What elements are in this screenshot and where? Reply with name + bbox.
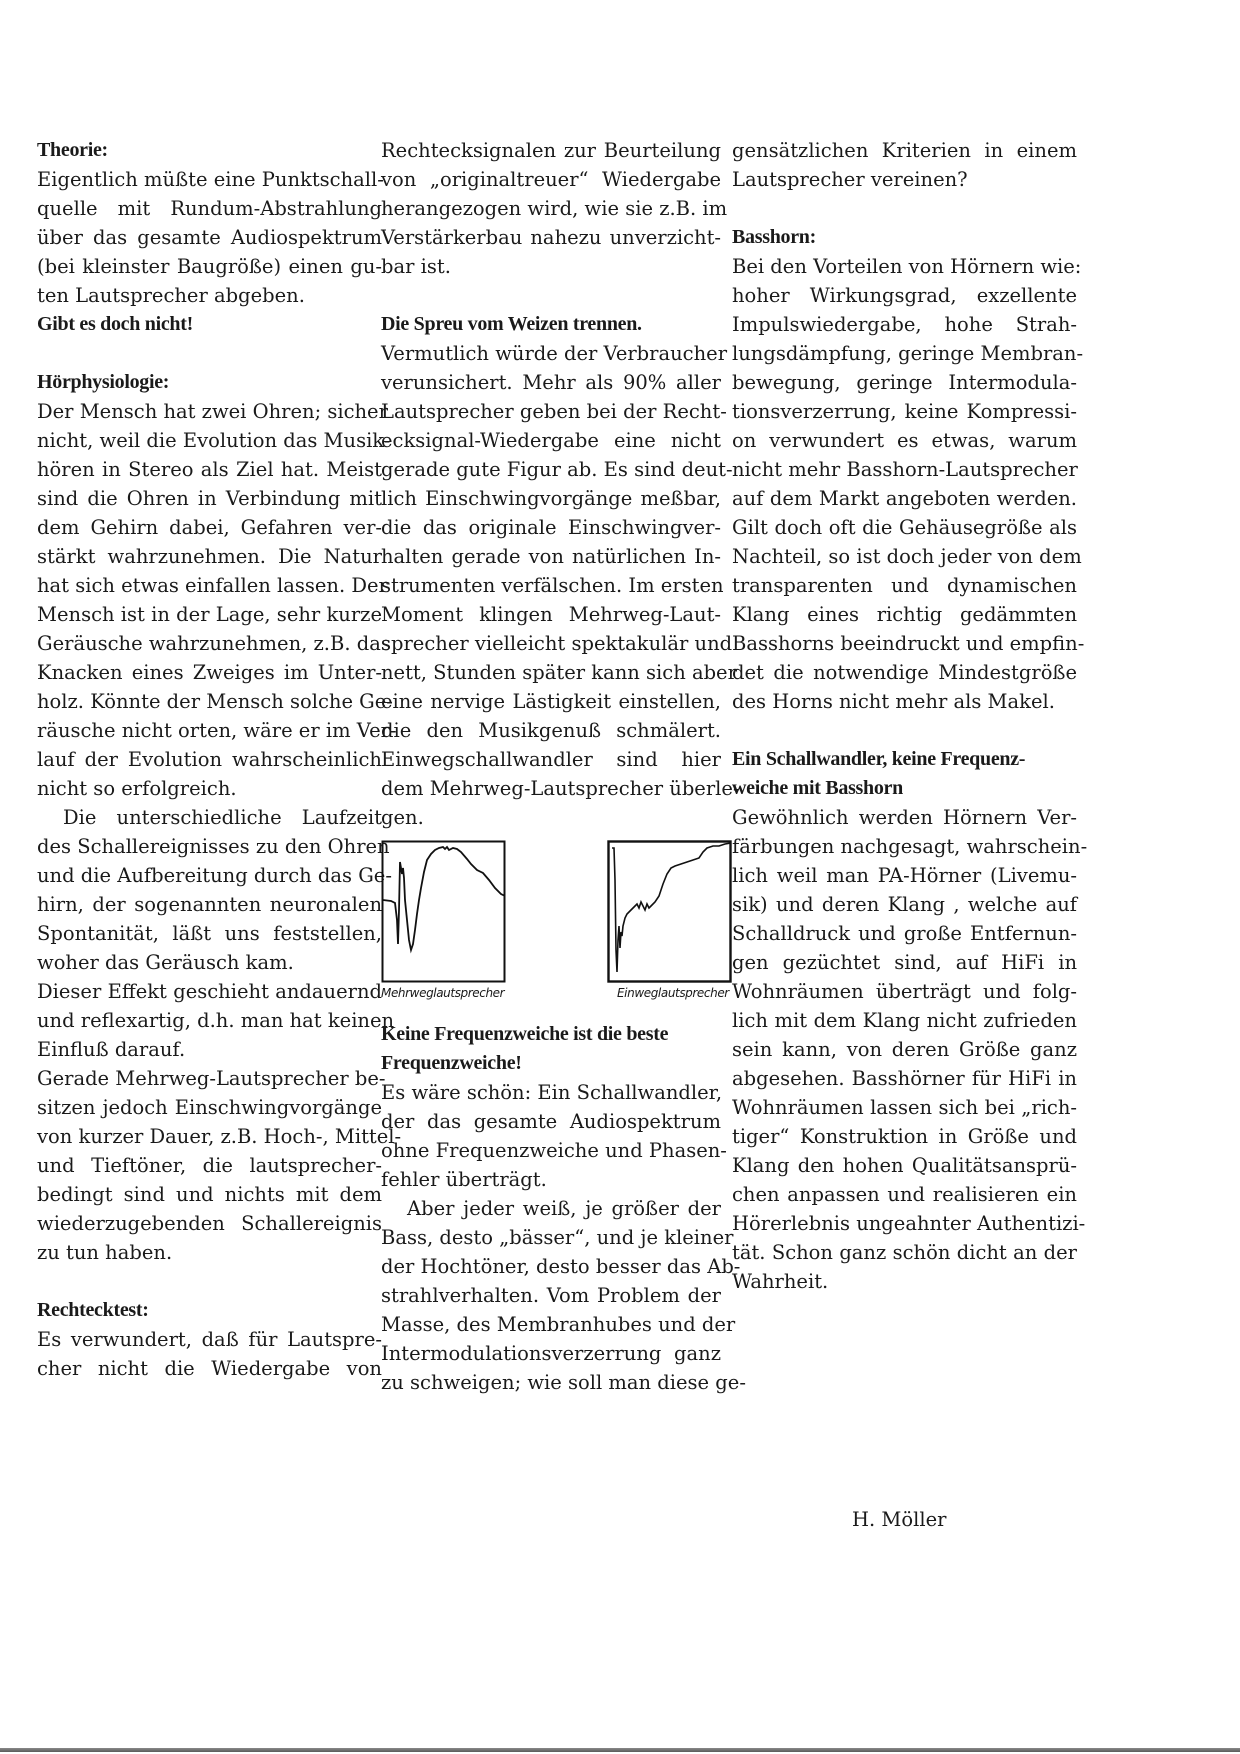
- text-line: die den Musikgenuß schmälert.: [381, 716, 721, 745]
- text-line: sein kann, von deren Größe ganz: [732, 1035, 1077, 1064]
- paragraph-rechtecktest-cont: Rechtecksignalen zur Beurteilung von „or…: [381, 136, 721, 281]
- text-line: zu schweigen; wie soll man diese ge-: [381, 1368, 721, 1397]
- text-line: hören in Stereo als Ziel hat. Meist: [37, 455, 382, 484]
- text-line: Einwegschallwandler sind hier: [381, 745, 721, 774]
- text-line: hirn, der sogenannten neuronalen: [37, 890, 382, 919]
- text-line: Basshorns beeindruckt und empfin-: [732, 629, 1077, 658]
- column-3: gensätzlichen Kriterien in einem Lautspr…: [732, 136, 1077, 1296]
- graph-mehrweg: Mehrweglautsprecher: [381, 840, 507, 985]
- paragraph-ein-schallwandler: Gewöhnlich werden Hörnern Ver- färbungen…: [732, 803, 1077, 1296]
- response-graphs: Mehrweglautsprecher Einweglautsprecher: [381, 840, 721, 1020]
- heading-keine-frequenzweiche-2: Frequenzweiche!: [381, 1049, 721, 1078]
- text-line: Nachteil, so ist doch jeder von dem: [732, 542, 1077, 571]
- text-line: bedingt sind und nichts mit dem: [37, 1180, 382, 1209]
- text-line: Vermutlich würde der Verbraucher: [381, 339, 721, 368]
- text-line: der das gesamte Audiospektrum: [381, 1107, 721, 1136]
- graph-einweg: Einweglautsprecher: [607, 840, 733, 985]
- text-line: des Schallereignisses zu den Ohren: [37, 832, 382, 861]
- text-line: Klang eines richtig gedämmten: [732, 600, 1077, 629]
- text-line: gensätzlichen Kriterien in einem: [732, 136, 1077, 165]
- text-line: des Horns nicht mehr als Makel.: [732, 687, 1077, 716]
- text-line: hat sich etwas einfallen lassen. Der: [37, 571, 382, 600]
- heading-spreu-vom-weizen: Die Spreu vom Weizen trennen.: [381, 310, 721, 339]
- text-line: lungsdämpfung, geringe Membran-: [732, 339, 1077, 368]
- text-line: herangezogen wird, wie sie z.B. im: [381, 194, 721, 223]
- text-line: lich mit dem Klang nicht zufrieden: [732, 1006, 1077, 1035]
- text-line: holz. Könnte der Mensch solche Ge-: [37, 687, 382, 716]
- text-line: eine nervige Lästigkeit einstellen,: [381, 687, 721, 716]
- paragraph-spreu: Vermutlich würde der Verbraucher verunsi…: [381, 339, 721, 832]
- paragraph-keine-frequenzweiche-1: Es wäre schön: Ein Schallwandler, der da…: [381, 1078, 721, 1194]
- text-line: über das gesamte Audiospektrum: [37, 223, 382, 252]
- text-line: ohne Frequenzweiche und Phasen-: [381, 1136, 721, 1165]
- text-line: und Tieftöner, die lautsprecher-: [37, 1151, 382, 1180]
- text-line: nicht so erfolgreich.: [37, 774, 382, 803]
- text-line: wiederzugebenden Schallereignis: [37, 1209, 382, 1238]
- text-line: Dieser Effekt geschieht andauernd: [37, 977, 382, 1006]
- text-line: Eigentlich müßte eine Punktschall-: [37, 165, 382, 194]
- text-line: von „originaltreuer“ Wiedergabe: [381, 165, 721, 194]
- text-line: quelle mit Rundum-Abstrahlung: [37, 194, 382, 223]
- einweg-response-curve-icon: [607, 840, 733, 985]
- scan-bottom-edge: [0, 1748, 1240, 1752]
- text-line: Wahrheit.: [732, 1267, 1077, 1296]
- text-line: Bei den Vorteilen von Hörnern wie:: [732, 252, 1077, 281]
- paragraph-hoerphysiologie-4: Gerade Mehrweg-Lautsprecher be- sitzen j…: [37, 1064, 382, 1267]
- text-line: zu tun haben.: [37, 1238, 382, 1267]
- text-line: Wohnräumen überträgt und folg-: [732, 977, 1077, 1006]
- paragraph-basshorn: Bei den Vorteilen von Hörnern wie: hoher…: [732, 252, 1077, 716]
- text-line: dem Gehirn dabei, Gefahren ver-: [37, 513, 382, 542]
- text-line: verunsichert. Mehr als 90% aller: [381, 368, 721, 397]
- text-line: strahlverhalten. Vom Problem der: [381, 1281, 721, 1310]
- text-line: on verwundert es etwas, warum: [732, 426, 1077, 455]
- text-line: halten gerade von natürlichen In-: [381, 542, 721, 571]
- paragraph-continuation: gensätzlichen Kriterien in einem Lautspr…: [732, 136, 1077, 194]
- text-line: nett, Stunden später kann sich aber: [381, 658, 721, 687]
- text-line: Knacken eines Zweiges im Unter-: [37, 658, 382, 687]
- text-line: auf dem Markt angeboten werden.: [732, 484, 1077, 513]
- caption-einweglautsprecher: Einweglautsprecher: [617, 986, 729, 1000]
- text-line: nicht mehr Basshorn-Lautsprecher: [732, 455, 1077, 484]
- text-line: färbungen nachgesagt, wahrschein-: [732, 832, 1077, 861]
- text-line: Verstärkerbau nahezu unverzicht-: [381, 223, 721, 252]
- text-line: gen.: [381, 803, 721, 832]
- text-line: Gewöhnlich werden Hörnern Ver-: [732, 803, 1077, 832]
- text-line: Bass, desto „bässer“, und je kleiner: [381, 1223, 721, 1252]
- text-line: Schalldruck und große Entfernun-: [732, 919, 1077, 948]
- text-line: stärkt wahrzunehmen. Die Natur: [37, 542, 382, 571]
- text-line: von kurzer Dauer, z.B. Hoch-, Mittel-: [37, 1122, 382, 1151]
- text-line: Es wäre schön: Ein Schallwandler,: [381, 1078, 721, 1107]
- text-line: Moment klingen Mehrweg-Laut-: [381, 600, 721, 629]
- text-line: Gilt doch oft die Gehäusegröße als: [732, 513, 1077, 542]
- text-line: lauf der Evolution wahrscheinlich: [37, 745, 382, 774]
- text-line: sik) und deren Klang , welche auf: [732, 890, 1077, 919]
- text-line: Intermodulationsverzerrung ganz: [381, 1339, 721, 1368]
- paragraph-theorie: Eigentlich müßte eine Punktschall- quell…: [37, 165, 382, 310]
- text-line: woher das Geräusch kam.: [37, 948, 382, 977]
- text-line: tät. Schon ganz schön dicht an der: [732, 1238, 1077, 1267]
- text-line: sitzen jedoch Einschwingvorgänge: [37, 1093, 382, 1122]
- text-line: sind die Ohren in Verbindung mit: [37, 484, 382, 513]
- text-line: Es verwundert, daß für Lautspre-: [37, 1325, 382, 1354]
- text-line: Der Mensch hat zwei Ohren; sicher: [37, 397, 382, 426]
- author-signature: H. Möller: [852, 1508, 946, 1531]
- text-line: tionsverzerrung, keine Kompressi-: [732, 397, 1077, 426]
- text-line: lich weil man PA-Hörner (Livemu-: [732, 861, 1077, 890]
- text-line: dem Mehrweg-Lautsprecher überle-: [381, 774, 721, 803]
- text-line: Masse, des Membranhubes und der: [381, 1310, 721, 1339]
- text-line: Einfluß darauf.: [37, 1035, 382, 1064]
- text-line: Klang den hohen Qualitätsansprü-: [732, 1151, 1077, 1180]
- mehrweg-response-curve-icon: [381, 840, 507, 985]
- heading-rechtecktest: Rechtecktest:: [37, 1296, 382, 1325]
- text-line: räusche nicht orten, wäre er im Ver-: [37, 716, 382, 745]
- heading-hoerphysiologie: Hörphysiologie:: [37, 368, 382, 397]
- heading-ein-schallwandler-1: Ein Schallwandler, keine Frequenz-: [732, 745, 1077, 774]
- text-line: sprecher vielleicht spektakulär und: [381, 629, 721, 658]
- paragraph-hoerphysiologie-2: Die unterschiedliche Laufzeit des Schall…: [37, 803, 382, 977]
- text-line: Lautsprecher geben bei der Recht-: [381, 397, 721, 426]
- column-2: Rechtecksignalen zur Beurteilung von „or…: [381, 136, 721, 1397]
- paragraph-keine-frequenzweiche-2: Aber jeder weiß, je größer der Bass, des…: [381, 1194, 721, 1397]
- text-line: Mensch ist in der Lage, sehr kurze: [37, 600, 382, 629]
- heading-basshorn: Basshorn:: [732, 223, 1077, 252]
- text-line: Spontanität, läßt uns feststellen,: [37, 919, 382, 948]
- text-line: und die Aufbereitung durch das Ge-: [37, 861, 382, 890]
- paragraph-hoerphysiologie-3: Dieser Effekt geschieht andauernd und re…: [37, 977, 382, 1064]
- text-line: chen anpassen und realisieren ein: [732, 1180, 1077, 1209]
- text-line: Hörerlebnis ungeahnter Authentizi-: [732, 1209, 1077, 1238]
- text-line: der Hochtöner, desto besser das Ab-: [381, 1252, 721, 1281]
- text-line: nicht, weil die Evolution das Musik-: [37, 426, 382, 455]
- text-line: strumenten verfälschen. Im ersten: [381, 571, 721, 600]
- text-line: gen gezüchtet sind, auf HiFi in: [732, 948, 1077, 977]
- text-line: Lautsprecher vereinen?: [732, 165, 1077, 194]
- text-line: tiger“ Konstruktion in Größe und: [732, 1122, 1077, 1151]
- paragraph-hoerphysiologie-1: Der Mensch hat zwei Ohren; sicher nicht,…: [37, 397, 382, 803]
- text-line: abgesehen. Basshörner für HiFi in: [732, 1064, 1077, 1093]
- text-line: bar ist.: [381, 252, 721, 281]
- text-line: lich Einschwingvorgänge meßbar,: [381, 484, 721, 513]
- text-line: (bei kleinster Baugröße) einen gu-: [37, 252, 382, 281]
- text-line: cher nicht die Wiedergabe von: [37, 1354, 382, 1383]
- caption-mehrweglautsprecher: Mehrweglautsprecher: [381, 986, 504, 1000]
- text-line: Wohnräumen lassen sich bei „rich-: [732, 1093, 1077, 1122]
- heading-keine-frequenzweiche-1: Keine Frequenzweiche ist die beste: [381, 1020, 721, 1049]
- text-line: fehler überträgt.: [381, 1165, 721, 1194]
- text-line: die das originale Einschwingver-: [381, 513, 721, 542]
- heading-ein-schallwandler-2: weiche mit Basshorn: [732, 774, 1077, 803]
- text-line: det die notwendige Mindestgröße: [732, 658, 1077, 687]
- emphasis-gibt-es-doch-nicht: Gibt es doch nicht!: [37, 310, 382, 339]
- text-line: gerade gute Figur ab. Es sind deut-: [381, 455, 721, 484]
- text-line: Impulswiedergabe, hohe Strah-: [732, 310, 1077, 339]
- paragraph-rechtecktest: Es verwundert, daß für Lautspre- cher ni…: [37, 1325, 382, 1383]
- text-line: bewegung, geringe Intermodula-: [732, 368, 1077, 397]
- text-line: Gerade Mehrweg-Lautsprecher be-: [37, 1064, 382, 1093]
- text-line: Aber jeder weiß, je größer der: [381, 1194, 721, 1223]
- text-line: hoher Wirkungsgrad, exzellente: [732, 281, 1077, 310]
- heading-theorie: Theorie:: [37, 136, 382, 165]
- text-line: ecksignal-Wiedergabe eine nicht: [381, 426, 721, 455]
- column-1: Theorie: Eigentlich müßte eine Punktscha…: [37, 136, 382, 1383]
- text-line: Rechtecksignalen zur Beurteilung: [381, 136, 721, 165]
- text-line: transparenten und dynamischen: [732, 571, 1077, 600]
- text-line: Geräusche wahrzunehmen, z.B. das: [37, 629, 382, 658]
- text-line: und reflexartig, d.h. man hat keinen: [37, 1006, 382, 1035]
- text-line: Die unterschiedliche Laufzeit: [37, 803, 382, 832]
- text-line: ten Lautsprecher abgeben.: [37, 281, 382, 310]
